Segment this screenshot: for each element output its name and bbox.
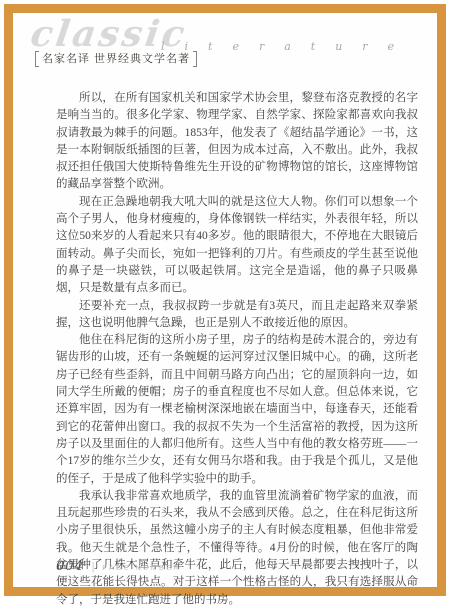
book-page: classic literature 名家名译 世界经典文学名著 所以，在所有国… — [13, 13, 437, 587]
paragraph-2: 现在正急躁地朝我大吼大叫的就是这位大人物。你们可以想象一个高个子男人，他身材瘦瘦… — [56, 194, 418, 298]
paragraph-5: 我承认我非常喜欢地质学，我的血管里流淌着矿物学家的血液，而且玩起那些珍贵的石头来… — [56, 488, 418, 600]
paragraph-1: 所以，在所有国家机关和国家学术协会里，黎登布洛克教授的名字是响当当的。很多化学家… — [56, 90, 418, 194]
decorative-frame: classic literature 名家名译 世界经典文学名著 所以，在所有国… — [4, 4, 446, 596]
page-footer: 004 | PAGE NUMBER — [56, 559, 181, 574]
paragraph-4: 他住在科尼街的这所小房子里，房子的结构是砖木混合的，旁边有锯齿形的山坡，还有一条… — [56, 332, 418, 488]
footer-separator: | — [92, 559, 94, 574]
page-number-label: PAGE NUMBER — [102, 565, 181, 572]
paragraph-3: 还要补充一点，我叔叔跨一步就是有3英尺，而且走起路来双拳紧握，这也说明他脾气急躁… — [56, 298, 418, 333]
body-text: 所以，在所有国家机关和国家学术协会里，黎登布洛克教授的名字是响当当的。很多化学家… — [56, 90, 418, 600]
badge-right-bracket — [193, 51, 197, 67]
page-number: 004 — [56, 559, 84, 574]
series-badge: 名家名译 世界经典文学名著 — [35, 51, 197, 67]
masthead-script-literature: literature — [161, 40, 414, 53]
page-margin: classic literature 名家名译 世界经典文学名著 所以，在所有国… — [0, 0, 450, 600]
series-badge-label: 名家名译 世界经典文学名著 — [39, 51, 193, 67]
